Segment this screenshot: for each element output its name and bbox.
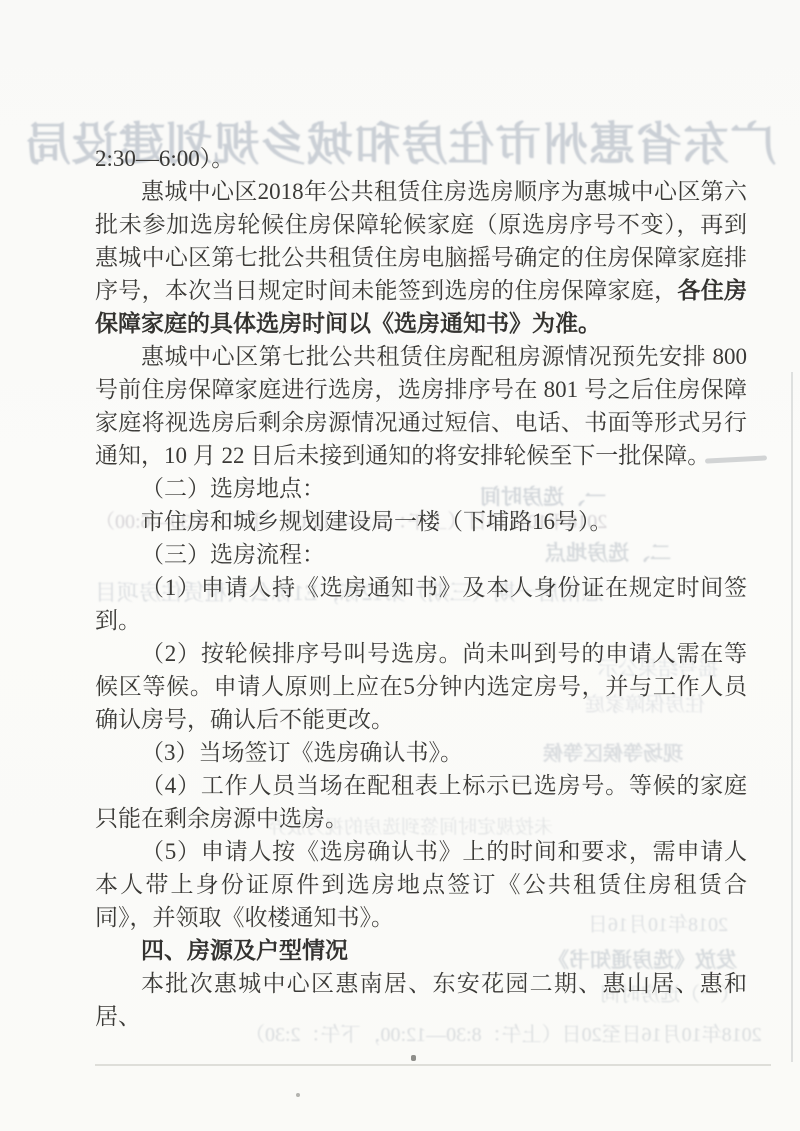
paragraph-estates: 本批次惠城中心区惠南居、东安花园二期、惠山居、惠和居、 xyxy=(95,967,747,1033)
subsection-2-heading: （二）选房地点： xyxy=(95,472,747,505)
scan-speck xyxy=(296,1093,300,1097)
subsection-3-heading: （三）选房流程： xyxy=(95,538,747,571)
document-body: 2:30—6:00）。 惠城中心区2018年公共租赁住房选房顺序为惠城中心区第六… xyxy=(95,142,747,1033)
scan-speck xyxy=(411,1055,416,1061)
selection-order-text: 惠城中心区2018年公共租赁住房选房顺序为惠城中心区第六批未参加选房轮候住房保障… xyxy=(95,179,747,303)
procedure-step-2: （2）按轮候排序号叫号选房。尚未叫到号的申请人需在等候区等候。申请人原则上应在5… xyxy=(95,637,747,736)
procedure-step-1: （1）申请人持《选房通知书》及本人身份证在规定时间签到。 xyxy=(95,571,747,637)
procedure-step-5: （5）申请人按《选房确认书》上的时间和要求，需申请人本人带上身份证原件到选房地点… xyxy=(95,835,747,934)
scan-fold-line xyxy=(95,1064,771,1066)
procedure-step-4: （4）工作人员当场在配租表上标示已选房号。等候的家庭只能在剩余房源中选房。 xyxy=(95,769,747,835)
scanned-document-page: 广东省惠州市住房和城乡规划建设局 一、选房时间2018年10月15日（上午：8:… xyxy=(0,0,800,1131)
continuation-line: 2:30—6:00）。 xyxy=(95,142,747,175)
subsection-2-body: 市住房和城乡规划建设局一楼（下埔路16号）。 xyxy=(95,505,747,538)
paragraph-selection-order: 惠城中心区2018年公共租赁住房选房顺序为惠城中心区第六批未参加选房轮候住房保障… xyxy=(95,175,747,340)
procedure-step-3: （3）当场签订《选房确认书》。 xyxy=(95,736,747,769)
scan-edge-line xyxy=(791,372,793,1062)
paragraph-allocation: 惠城中心区第七批公共租赁住房配租房源情况预先安排 800 号前住房保障家庭进行选… xyxy=(95,340,747,472)
section-4-heading: 四、房源及户型情况 xyxy=(95,934,747,967)
